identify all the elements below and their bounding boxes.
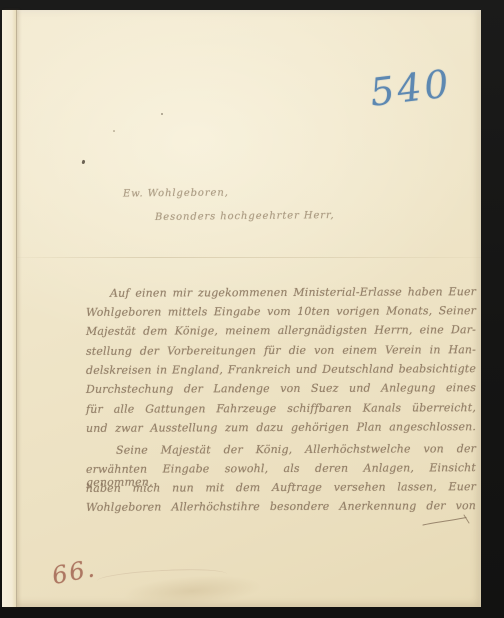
- ink-speck: [161, 113, 163, 115]
- body-line: Auf einen mir zugekommenen Ministerial-E…: [86, 285, 476, 300]
- archive-number-blue-pencil: 540: [368, 61, 454, 115]
- closing-flourish-dash: [422, 513, 474, 529]
- folio-number-red-ink: 66.: [50, 554, 99, 590]
- page-fold-edge: [2, 10, 17, 607]
- ink-speck: [81, 160, 85, 165]
- body-line: delskreisen in England, Frankreich und D…: [86, 362, 476, 377]
- scanned-letter-page: 540 Ew. Wohlgeboren, Besonders hochgeehr…: [0, 0, 504, 618]
- body-line: stellung der Vorbereitungen für die von …: [86, 343, 476, 358]
- body-line: Durchstechung der Landenge von Suez und …: [86, 381, 476, 396]
- body-line: Wohlgeboren mittels Eingabe vom 10ten vo…: [86, 304, 476, 319]
- salutation-line-1: Ew. Wohlgeboren,: [123, 187, 229, 199]
- body-line: haben mich nun mit dem Auftrage versehen…: [86, 480, 476, 495]
- letter-paper-sheet: 540 Ew. Wohlgeboren, Besonders hochgeehr…: [2, 10, 481, 607]
- horizontal-crease-line: [17, 257, 481, 258]
- body-line: für alle Gattungen Fahrzeuge schiffbaren…: [86, 401, 476, 416]
- body-line: Wohlgeboren Allerhöchstihre besondere An…: [86, 499, 476, 514]
- body-line: Seine Majestät der König, Allerhöchstwel…: [86, 442, 476, 457]
- ink-speck: [113, 130, 115, 132]
- body-line: Majestät dem Könige, meinem allergnädigs…: [86, 323, 476, 338]
- salutation-line-2: Besonders hochgeehrter Herr,: [155, 210, 335, 223]
- body-line: und zwar Ausstellung zum dazu gehörigen …: [86, 420, 476, 435]
